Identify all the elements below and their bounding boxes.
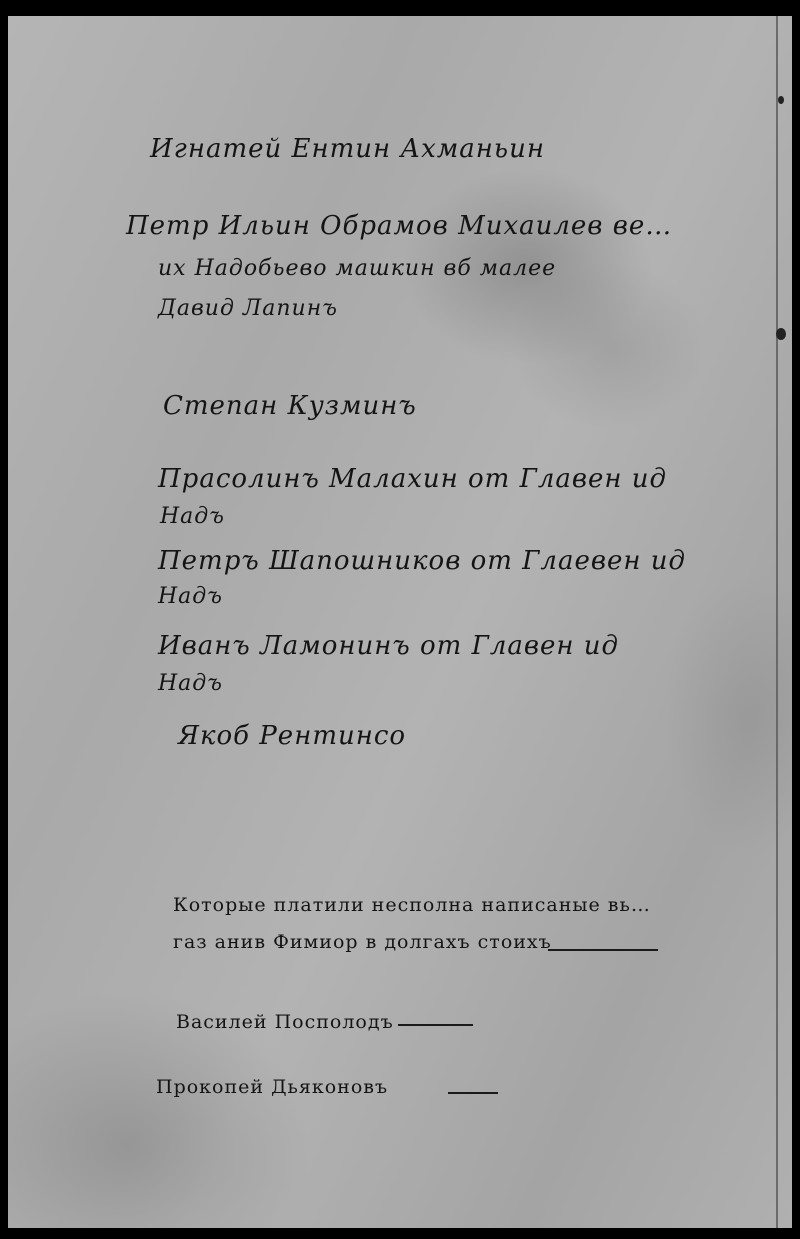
entry-line-11: Надъ — [158, 671, 223, 696]
ink-blot — [776, 328, 786, 340]
entry-line-6: Прасолинъ Малахин от Главен ид — [158, 464, 667, 494]
ink-blot — [778, 96, 784, 104]
entry-line-2: Петр Ильин Обрамов Михаилев ве… — [126, 211, 672, 241]
entry-line-10: Иванъ Ламонинъ от Главен ид — [158, 631, 619, 661]
entry-line-9: Надъ — [158, 584, 223, 609]
entry-line-8: Петръ Шапошников от Глаевен ид — [158, 546, 686, 576]
underline-stroke — [448, 1092, 498, 1094]
page-spine-edge — [776, 16, 778, 1228]
signature-2: Прокопей Дьяконовъ — [156, 1076, 388, 1098]
entry-line-12: Якоб Рентинсо — [178, 721, 406, 751]
entry-line-3: их Надобьево машкин вб малее — [158, 256, 556, 281]
entry-line-7: Надъ — [160, 504, 225, 529]
signature-1: Василей Посполодъ — [176, 1011, 394, 1033]
entry-line-1: Игнатей Ентин Ахманьин — [150, 134, 545, 164]
underline-stroke — [548, 949, 658, 951]
entry-line-5: Степан Кузминъ — [163, 391, 417, 421]
entry-line-4: Давид Лапинъ — [158, 296, 338, 321]
underline-stroke — [398, 1024, 473, 1026]
manuscript-page: Игнатей Ентин Ахманьин Петр Ильин Обрамо… — [8, 16, 792, 1228]
paragraph-line-2: газ анив Фимиор в долгахъ стоихъ — [173, 931, 552, 953]
paragraph-line-1: Которые платили несполна написаные вь… — [173, 894, 651, 916]
